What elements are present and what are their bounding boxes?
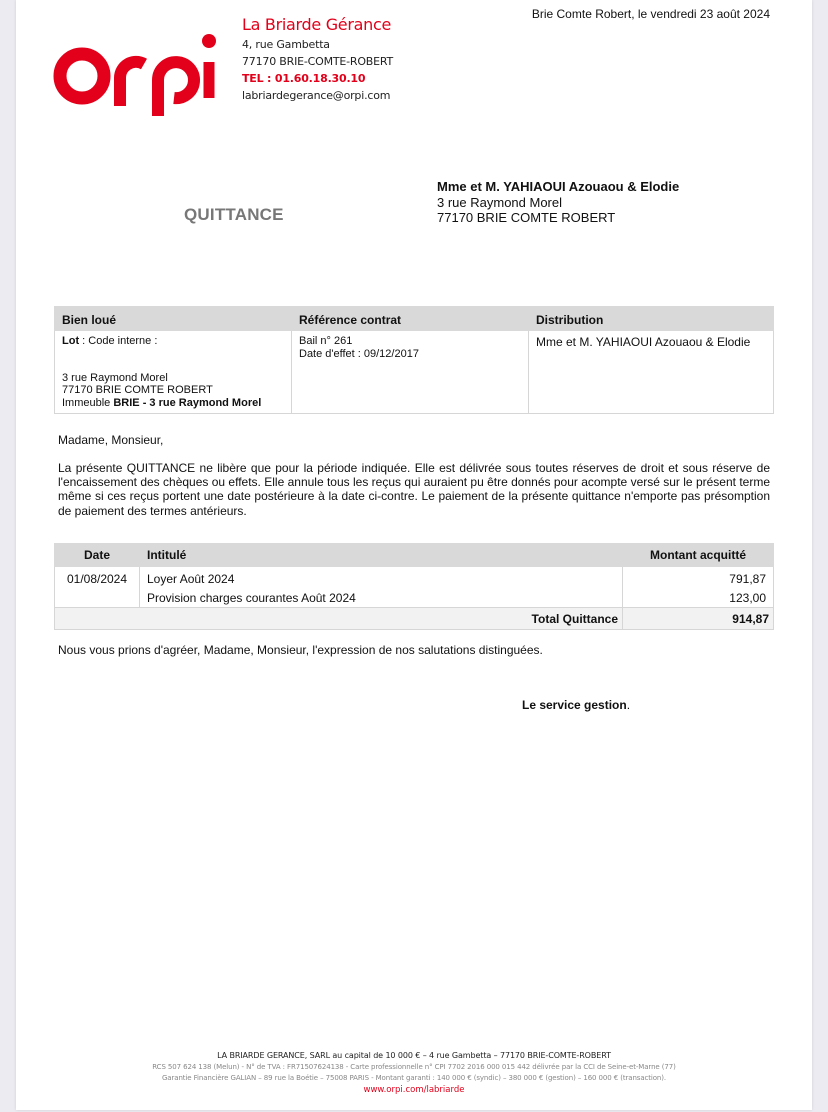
payment-table: Date Intitulé Montant acquitté 01/08/202…	[54, 543, 774, 630]
recipient-address: Mme et M. YAHIAOUI Azouaou & Elodie 3 ru…	[437, 179, 679, 226]
lot-value: : Code interne :	[79, 335, 157, 347]
signature-text: Le service gestion	[522, 698, 627, 712]
document-title: QUITTANCE	[184, 205, 284, 225]
date-effet: Date d'effet : 09/12/2017	[299, 348, 521, 361]
row-label: Loyer Août 2024	[140, 567, 623, 589]
orpi-logo-icon	[52, 26, 222, 118]
property-address-line1: 3 rue Raymond Morel	[62, 372, 284, 385]
recipient-address-line1: 3 rue Raymond Morel	[437, 195, 679, 211]
total-amount: 914,87	[623, 608, 774, 630]
footer-company-line: LA BRIARDE GERANCE, SARL au capital de 1…	[16, 1050, 812, 1062]
row-date: 01/08/2024	[55, 567, 140, 589]
footer: LA BRIARDE GERANCE, SARL au capital de 1…	[16, 1050, 812, 1096]
row-date	[55, 588, 140, 608]
reference-contrat-cell: Bail n° 261 Date d'effet : 09/12/2017	[292, 331, 529, 414]
agency-info: La Briarde Gérance 4, rue Gambetta 77170…	[242, 17, 393, 101]
row-amount: 791,87	[623, 567, 774, 589]
total-row: Total Quittance 914,87	[55, 608, 774, 630]
signature: Le service gestion.	[522, 698, 630, 712]
closing-text: Nous vous prions d'agréer, Madame, Monsi…	[58, 643, 543, 657]
header-date: Date	[55, 544, 140, 567]
recipient-address-line2: 77170 BRIE COMTE ROBERT	[437, 210, 679, 226]
agency-name: La Briarde Gérance	[242, 17, 393, 33]
document-page: La Briarde Gérance 4, rue Gambetta 77170…	[16, 0, 812, 1110]
agency-address-line2: 77170 BRIE-COMTE-ROBERT	[242, 56, 393, 67]
table-row: 01/08/2024 Loyer Août 2024 791,87	[55, 567, 774, 589]
lot-label: Lot	[62, 335, 79, 347]
contract-info-table: Bien loué Référence contrat Distribution…	[54, 306, 774, 414]
header-intitule: Intitulé	[140, 544, 623, 567]
property-address-line2: 77170 BRIE COMTE ROBERT	[62, 384, 284, 397]
agency-email[interactable]: labriardegerance@orpi.com	[242, 90, 393, 101]
bien-loue-cell: Lot : Code interne : 3 rue Raymond Morel…	[55, 331, 292, 414]
header-bien-loue: Bien loué	[55, 307, 292, 331]
footer-website-link[interactable]: www.orpi.com/labriarde	[16, 1085, 812, 1097]
footer-guarantee-line: Garantie Financière GALIAN – 89 rue la B…	[16, 1073, 812, 1085]
bail-number: Bail n° 261	[299, 335, 521, 348]
recipient-name: Mme et M. YAHIAOUI Azouaou & Elodie	[437, 179, 679, 195]
immeuble-value: BRIE - 3 rue Raymond Morel	[113, 397, 261, 409]
row-label: Provision charges courantes Août 2024	[140, 588, 623, 608]
immeuble-label: Immeuble	[62, 397, 113, 409]
greeting: Madame, Monsieur,	[58, 433, 163, 447]
header-reference-contrat: Référence contrat	[292, 307, 529, 331]
header-distribution: Distribution	[529, 307, 774, 331]
footer-legal-line: RCS 507 624 138 (Melun) - N° de TVA : FR…	[16, 1062, 812, 1074]
agency-phone: TEL : 01.60.18.30.10	[242, 73, 393, 84]
agency-address-line1: 4, rue Gambetta	[242, 39, 393, 50]
distribution-cell: Mme et M. YAHIAOUI Azouaou & Elodie	[529, 331, 774, 414]
body-text: La présente QUITTANCE ne libère que pour…	[58, 461, 770, 518]
table-row: Provision charges courantes Août 2024 12…	[55, 588, 774, 608]
total-label: Total Quittance	[140, 608, 623, 630]
row-amount: 123,00	[623, 588, 774, 608]
date-line: Brie Comte Robert, le vendredi 23 août 2…	[532, 7, 770, 21]
header-montant: Montant acquitté	[623, 544, 774, 567]
